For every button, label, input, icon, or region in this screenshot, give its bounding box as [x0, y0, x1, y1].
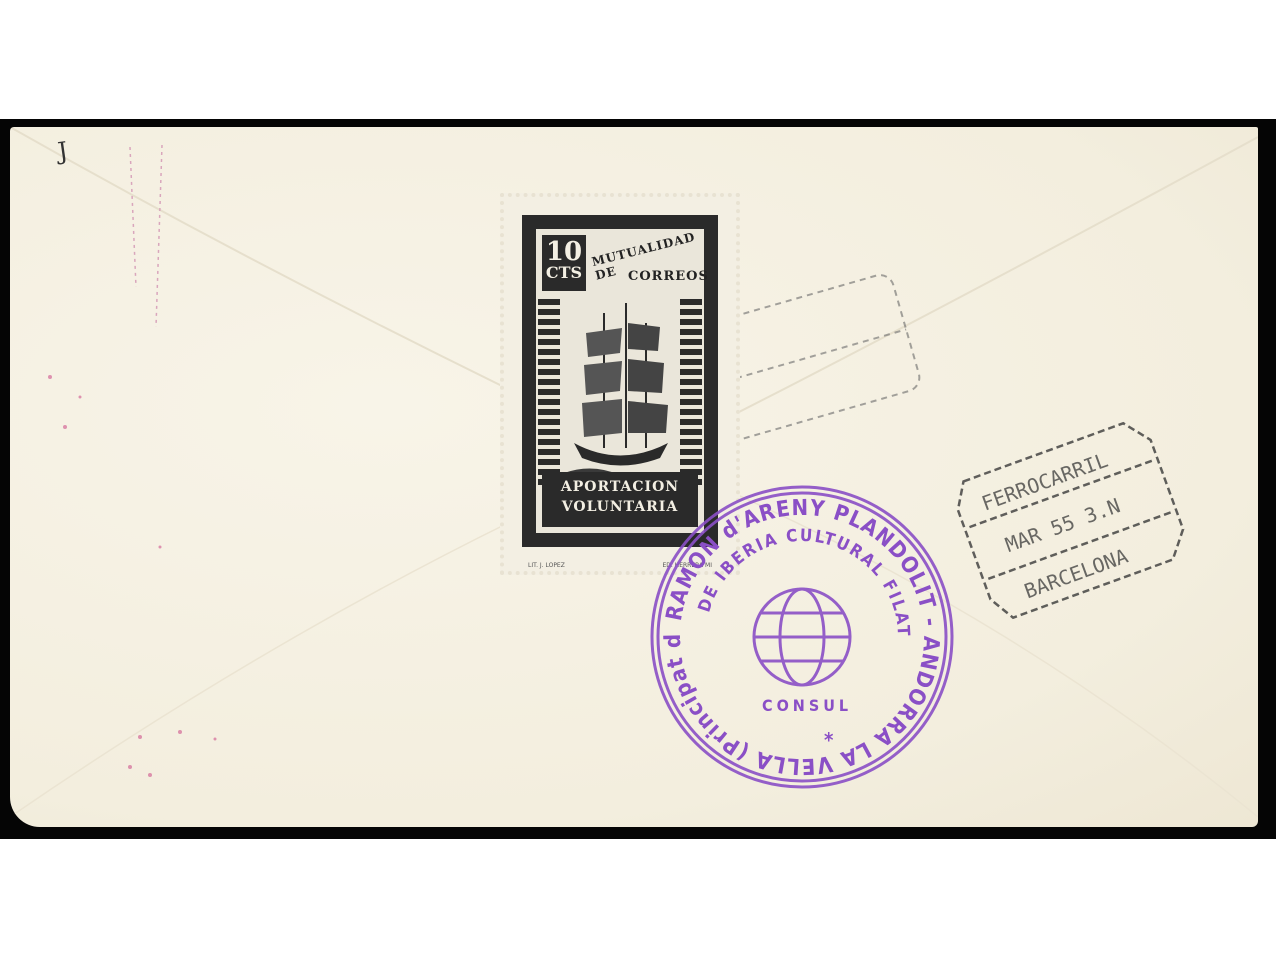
stamp-banner: MUTUALIDAD DE CORREOS: [584, 233, 708, 289]
svg-text:CONSUL: CONSUL: [762, 696, 852, 715]
consul-cachet: RAMON d'ARENY PLANDOLIT - ANDORRA LA VEL…: [644, 479, 960, 795]
svg-text:*: *: [824, 728, 834, 752]
ornament-pillar-right: [680, 299, 702, 489]
envelope-back: J FERROCARRIL MAR 55 3.N BARCELONA 10 CT…: [10, 127, 1258, 827]
ornament-pillar-left: [538, 299, 560, 489]
stamp-value: 10 CTS: [542, 235, 586, 291]
sailing-ship-icon: [564, 293, 676, 493]
printer-imprint-left: LIT. J. LOPEZ: [528, 562, 565, 569]
ferrocarril-postmark: FERROCARRIL MAR 55 3.N BARCELONA: [950, 395, 1200, 625]
